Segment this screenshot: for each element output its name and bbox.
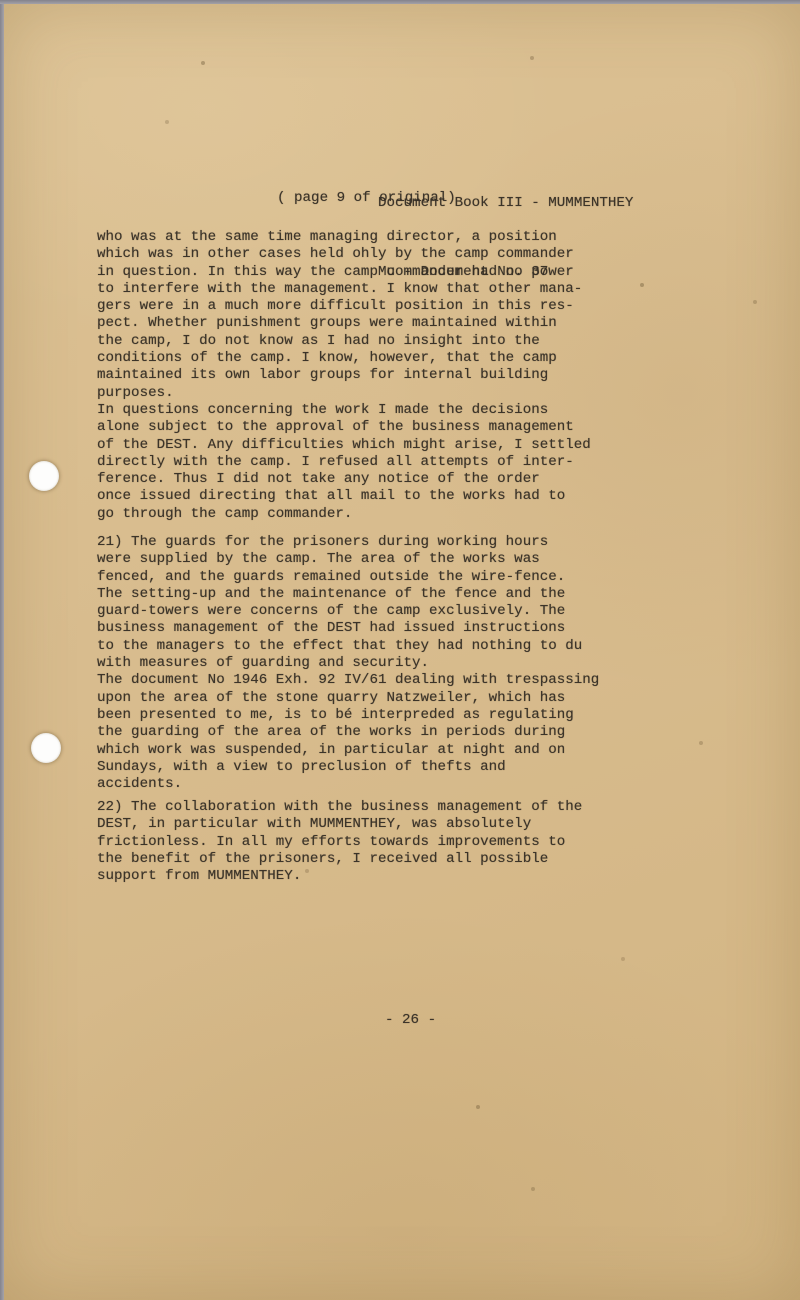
paragraph-intro: who was at the same time managing direct… bbox=[97, 229, 591, 523]
page-number: - 26 - bbox=[385, 1012, 436, 1029]
paragraph-22: 22) The collaboration with the business … bbox=[97, 799, 582, 885]
punch-hole-bottom bbox=[31, 733, 61, 763]
original-page-note: ( page 9 of original) bbox=[277, 190, 456, 207]
paragraph-21: 21) The guards for the prisoners during … bbox=[97, 534, 599, 793]
punch-hole-top bbox=[29, 461, 59, 491]
scanned-document-page: Document Book III - MUMMENTHEY Mu - Docu… bbox=[0, 0, 800, 1300]
scan-edge-top bbox=[0, 0, 800, 4]
paper-specks bbox=[0, 0, 2, 2]
scan-edge-left bbox=[0, 0, 4, 1300]
